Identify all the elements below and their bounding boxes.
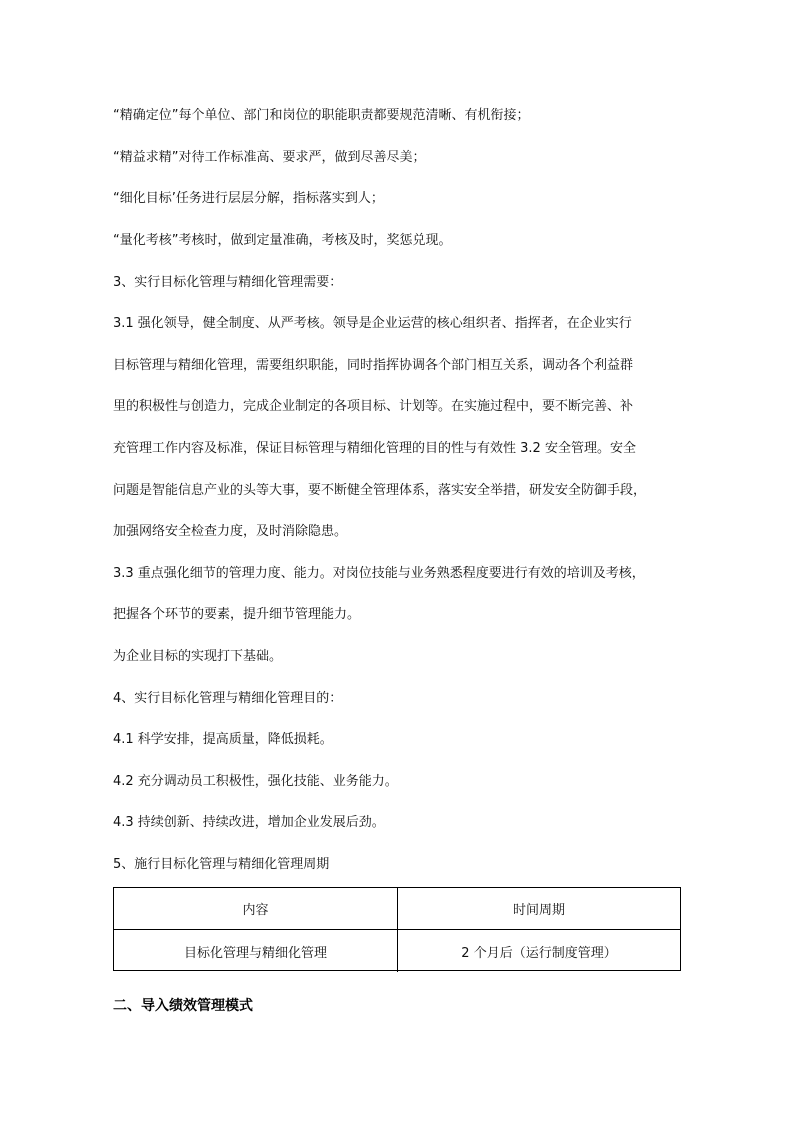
- paragraph-3-1-line-2: 目标管理与精细化管理，需要组织职能，同时指挥协调各个部门相互关系，调动各个利益群: [113, 357, 633, 375]
- table-cell-content: 目标化管理与精细化管理: [114, 930, 398, 972]
- table-header-content: 内容: [114, 888, 398, 929]
- section-4-title: 4、实行目标化管理与精细化管理目的：: [113, 690, 342, 708]
- section-heading-performance: 二、导入绩效管理模式: [113, 995, 253, 1015]
- paragraph-3-2-line-2: 加强网络安全检查力度，及时消除隐患。: [113, 523, 347, 541]
- document-page: “精确定位”每个单位、部门和岗位的职能职责都要规范清晰、有机衔接； “精益求精”…: [0, 0, 793, 1122]
- item-4-3: 4.3 持续创新、持续改进，增加企业发展后劲。: [113, 814, 385, 832]
- item-4-1: 4.1 科学安排，提高质量，降低损耗。: [113, 731, 333, 749]
- paragraph-3-3-line-1: 3.3 重点强化细节的管理力度、能力。对岗位技能与业务熟悉程度要进行有效的培训及…: [113, 565, 645, 583]
- item-4-2: 4.2 充分调动员工积极性，强化技能、业务能力。: [113, 773, 398, 791]
- paragraph-quantified-assessment: “量化考核”考核时，做到定量准确，考核及时，奖惩兑现。: [113, 232, 451, 250]
- paragraph-3-1-line-4: 充管理工作内容及标准，保证目标管理与精细化管理的目的性与有效性 3.2 安全管理…: [113, 440, 636, 458]
- table-header-row: 内容 时间周期: [114, 888, 680, 930]
- paragraph-3-2-line-1: 问题是智能信息产业的头等大事，要不断健全管理体系，落实安全举措，研发安全防御手段…: [113, 482, 646, 500]
- paragraph-3-3-line-2: 把握各个环节的要素，提升细节管理能力。: [113, 606, 360, 624]
- table-header-period: 时间周期: [398, 888, 680, 929]
- paragraph-3-1-line-1: 3.1 强化领导，健全制度、从严考核。领导是企业运营的核心组织者、指挥者，在企业…: [113, 315, 632, 333]
- table-row: 目标化管理与精细化管理 2 个月后（运行制度管理）: [114, 930, 680, 972]
- paragraph-3-1-line-3: 里的积极性与创造力，完成企业制定的各项目标、计划等。在实施过程中，要不断完善、补: [113, 398, 633, 416]
- section-5-title: 5、施行目标化管理与精细化管理周期: [113, 856, 329, 874]
- table-cell-period: 2 个月后（运行制度管理）: [398, 930, 680, 972]
- management-cycle-table: 内容 时间周期 目标化管理与精细化管理 2 个月后（运行制度管理）: [113, 887, 681, 971]
- section-3-title: 3、实行目标化管理与精细化管理需要：: [113, 274, 342, 292]
- paragraph-precise-positioning: “精确定位”每个单位、部门和岗位的职能职责都要规范清晰、有机衔接；: [113, 107, 529, 125]
- paragraph-foundation: 为企业目标的实现打下基础。: [113, 648, 282, 666]
- paragraph-excellence: “精益求精”对待工作标准高、要求严，做到尽善尽美；: [113, 149, 425, 167]
- paragraph-refine-goals: “细化目标’任务进行层层分解，指标落实到人；: [113, 190, 384, 208]
